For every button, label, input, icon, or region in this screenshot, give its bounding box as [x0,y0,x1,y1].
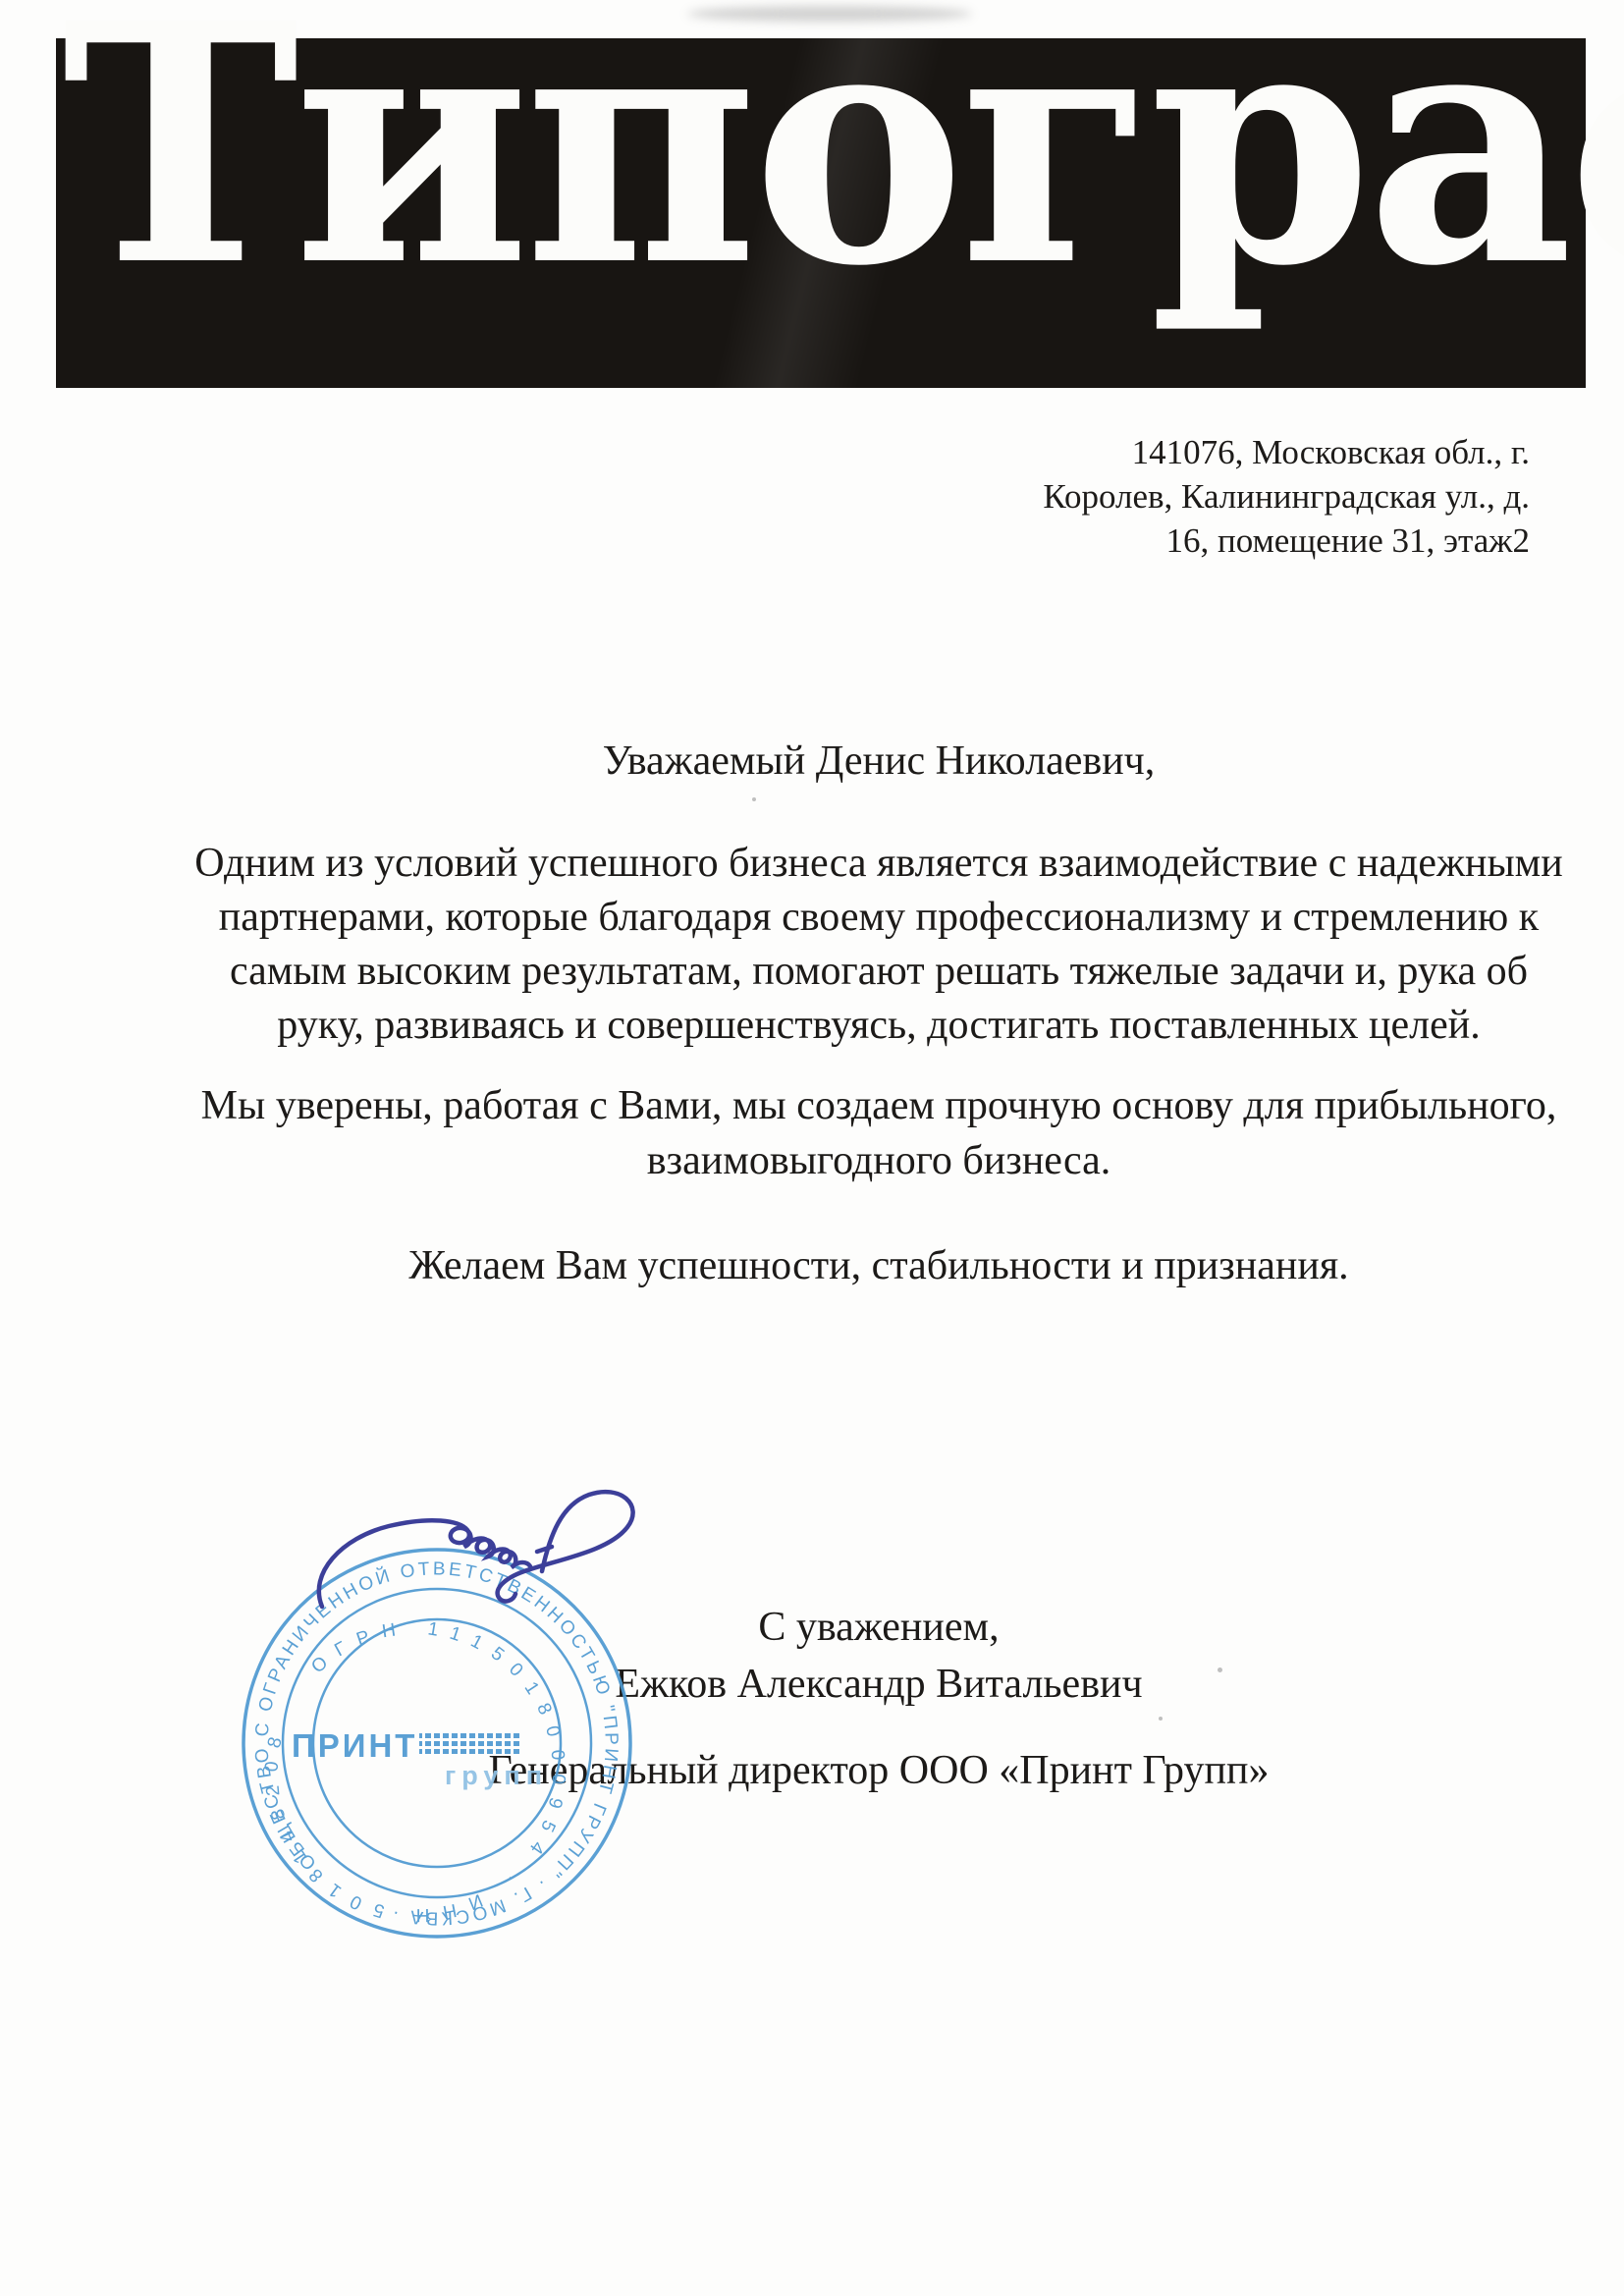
address-line: Королев, Калининградская ул., д. [1043,474,1530,519]
greeting-line: Уважаемый Денис Николаевич, [134,735,1624,789]
paragraph-line: Мы уверены, работая с Вами, мы создаем п… [134,1078,1624,1133]
paragraph-line: руку, развиваясь и совершенствуясь, дост… [134,999,1624,1053]
handwritten-signature [295,1461,658,1667]
scanned-letter-page: { "banner": { "logo_text": "Типограф", "… [0,0,1624,2296]
paragraph-3: Желаем Вам успешности, стабильности и пр… [134,1239,1624,1293]
company-logo-text: Типограф [62,0,1624,310]
logo-banner: Типограф [56,38,1586,388]
signature-flourish [498,1492,633,1601]
stamp-center-print-text: ПРИНТ [292,1727,417,1764]
paragraph-line: самым высоким результатам, помогают реша… [134,945,1624,999]
paragraph-line: Желаем Вам успешности, стабильности и пр… [134,1239,1624,1293]
paragraph-line: партнерами, которые благодаря своему про… [134,891,1624,945]
scan-speck [752,797,756,801]
paragraph-line: взаимовыгодного бизнеса. [134,1133,1624,1188]
paragraph-2: Мы уверены, работая с Вами, мы создаем п… [134,1078,1624,1188]
address-line: 141076, Московская обл., г. [1043,430,1530,474]
address-line: 16, помещение 31, этаж2 [1043,519,1530,563]
paragraph-line: Одним из условий успешного бизнеса являе… [134,837,1624,891]
paragraph-1: Одним из условий успешного бизнеса являе… [134,837,1624,1053]
scan-speck [1159,1717,1163,1721]
address-block: 141076, Московская обл., г. Королев, Кал… [1043,430,1530,563]
scan-speck [1218,1667,1222,1672]
stamp-pixel-block [419,1733,519,1757]
stamp-center-group-text: групп [445,1761,548,1790]
